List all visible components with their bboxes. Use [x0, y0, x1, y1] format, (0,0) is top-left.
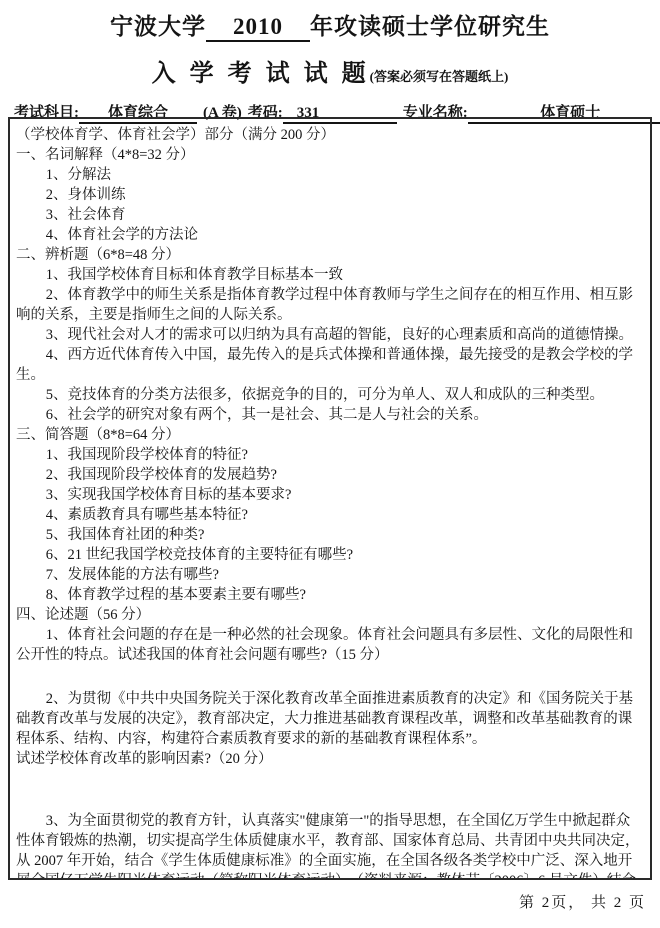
university-title-line: 宁波大学2010年攻读硕士学位研究生: [0, 0, 660, 42]
question-item: 4、体育社会学的方法论: [16, 225, 644, 245]
question-item: 5、我国体育社团的种类?: [16, 525, 644, 545]
section-4-heading: 四、论述题（56 分）: [16, 605, 644, 625]
exam-title-note: (答案必须写在答题纸上): [370, 69, 509, 84]
university-name: 宁波大学: [110, 14, 206, 39]
year-value: 2010: [206, 14, 310, 42]
question-item: 1、我国现阶段学校体育的特征?: [16, 445, 644, 465]
question-item: 5、竞技体育的分类方法很多，依据竞争的目的，可分为单人、双人和成队的三种类型。: [16, 385, 644, 405]
question-item: 2、身体训练: [16, 185, 644, 205]
degree-program-text: 年攻读硕士学位研究生: [310, 14, 550, 39]
question-item-continuation: 试述学校体育改革的影响因素?（20 分）: [16, 749, 644, 769]
question-item: 1、分解法: [16, 165, 644, 185]
question-item: 3、为全面贯彻党的教育方针，认真落实"健康第一"的指导思想，在全国亿万学生中掀起…: [16, 811, 644, 880]
page-number: 第 2页， 共 2 页: [519, 891, 646, 912]
exam-paper-page: 宁波大学2010年攻读硕士学位研究生 入 学 考 试 试 题(答案必须写在答题纸…: [0, 0, 660, 928]
question-item: 8、体育教学过程的基本要素主要有哪些?: [16, 585, 644, 605]
question-item: 1、体育社会问题的存在是一种必然的社会现象。体育社会问题具有多层性、文化的局限性…: [16, 625, 644, 665]
question-item: 6、21 世纪我国学校竞技体育的主要特征有哪些?: [16, 545, 644, 565]
part-title: （学校体育学、体育社会学）部分（满分 200 分）: [16, 125, 644, 145]
question-item: 4、素质教育具有哪些基本特征?: [16, 505, 644, 525]
question-item: 4、西方近代体育传入中国，最先传入的是兵式体操和普通体操，最先接受的是教会学校的…: [16, 345, 644, 385]
question-item: 1、我国学校体育目标和体育教学目标基本一致: [16, 265, 644, 285]
question-item: 2、为贯彻《中共中央国务院关于深化教育改革全面推进素质教育的决定》和《国务院关于…: [16, 689, 644, 749]
question-box: （学校体育学、体育社会学）部分（满分 200 分） 一、名词解释（4*8=32 …: [8, 117, 652, 880]
section-2-heading: 二、辨析题（6*8=48 分）: [16, 245, 644, 265]
section-3-heading: 三、简答题（8*8=64 分）: [16, 425, 644, 445]
question-item: 2、我国现阶段学校体育的发展趋势?: [16, 465, 644, 485]
question-item: 3、实现我国学校体育目标的基本要求?: [16, 485, 644, 505]
exam-title-line: 入 学 考 试 试 题(答案必须写在答题纸上): [0, 53, 660, 88]
question-item: 3、现代社会对人才的需求可以归纳为具有高超的智能，良好的心理素质和高尚的道德情操…: [16, 325, 644, 345]
question-item: 2、体育教学中的师生关系是指体育教学过程中体育教师与学生之间存在的相互作用、相互…: [16, 285, 644, 325]
section-1-heading: 一、名词解释（4*8=32 分）: [16, 145, 644, 165]
question-item: 7、发展体能的方法有哪些?: [16, 565, 644, 585]
question-item: 3、社会体育: [16, 205, 644, 225]
question-item: 6、社会学的研究对象有两个，其一是社会、其二是人与社会的关系。: [16, 405, 644, 425]
exam-title: 入 学 考 试 试 题: [152, 61, 370, 87]
